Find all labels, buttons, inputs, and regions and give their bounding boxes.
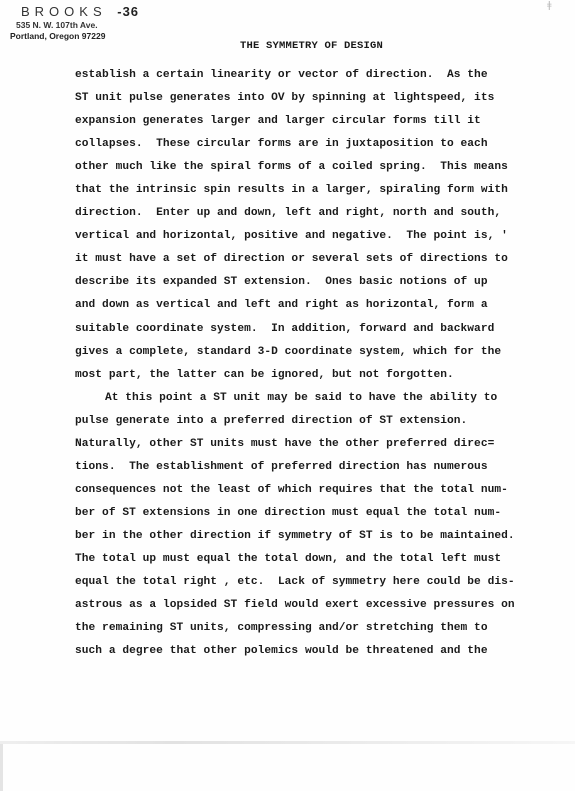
scan-mark-icon: ǂ xyxy=(547,0,553,12)
stamp-name: BROOKS xyxy=(21,4,107,19)
text-line: describe its expanded ST extension. Ones… xyxy=(75,271,545,294)
page-bottom-edge xyxy=(0,741,575,744)
text-line: the remaining ST units, compressing and/… xyxy=(75,617,545,640)
text-line: vertical and horizontal, positive and ne… xyxy=(75,225,545,248)
stamp-name-line: BROOKS -36 xyxy=(21,4,139,19)
text-line: ST unit pulse generates into OV by spinn… xyxy=(75,87,545,110)
text-line: The total up must equal the total down, … xyxy=(75,548,545,571)
text-line: expansion generates larger and larger ci… xyxy=(75,110,545,133)
text-line: ber of ST extensions in one direction mu… xyxy=(75,502,545,525)
text-line: establish a certain linearity or vector … xyxy=(75,64,545,87)
text-line: direction. Enter up and down, left and r… xyxy=(75,202,545,225)
scanned-page: BROOKS -36 535 N. W. 107th Ave. Portland… xyxy=(0,0,575,791)
text-line: such a degree that other polemics would … xyxy=(75,640,545,663)
text-line: it must have a set of direction or sever… xyxy=(75,248,545,271)
text-line: gives a complete, standard 3-D coordinat… xyxy=(75,341,545,364)
text-line: Naturally, other ST units must have the … xyxy=(75,433,545,456)
stamp-address-city: Portland, Oregon 97229 xyxy=(10,31,105,41)
text-line: pulse generate into a preferred directio… xyxy=(75,410,545,433)
page-left-edge xyxy=(0,744,3,791)
text-line: other much like the spiral forms of a co… xyxy=(75,156,545,179)
text-line: astrous as a lopsided ST field would exe… xyxy=(75,594,545,617)
text-line: tions. The establishment of preferred di… xyxy=(75,456,545,479)
text-line: suitable coordinate system. In addition,… xyxy=(75,318,545,341)
document-number: -36 xyxy=(117,4,139,19)
text-line: equal the total right , etc. Lack of sym… xyxy=(75,571,545,594)
text-line: ber in the other direction if symmetry o… xyxy=(75,525,545,548)
text-line: and down as vertical and left and right … xyxy=(75,294,545,317)
text-line: consequences not the least of which requ… xyxy=(75,479,545,502)
stamp-address-street: 535 N. W. 107th Ave. xyxy=(16,20,98,30)
text-line: At this point a ST unit may be said to h… xyxy=(75,387,545,410)
document-title: THE SYMMETRY OF DESIGN xyxy=(240,40,383,52)
text-line: collapses. These circular forms are in j… xyxy=(75,133,545,156)
text-line: most part, the latter can be ignored, bu… xyxy=(75,364,545,387)
text-line: that the intrinsic spin results in a lar… xyxy=(75,179,545,202)
document-body: establish a certain linearity or vector … xyxy=(75,64,545,663)
